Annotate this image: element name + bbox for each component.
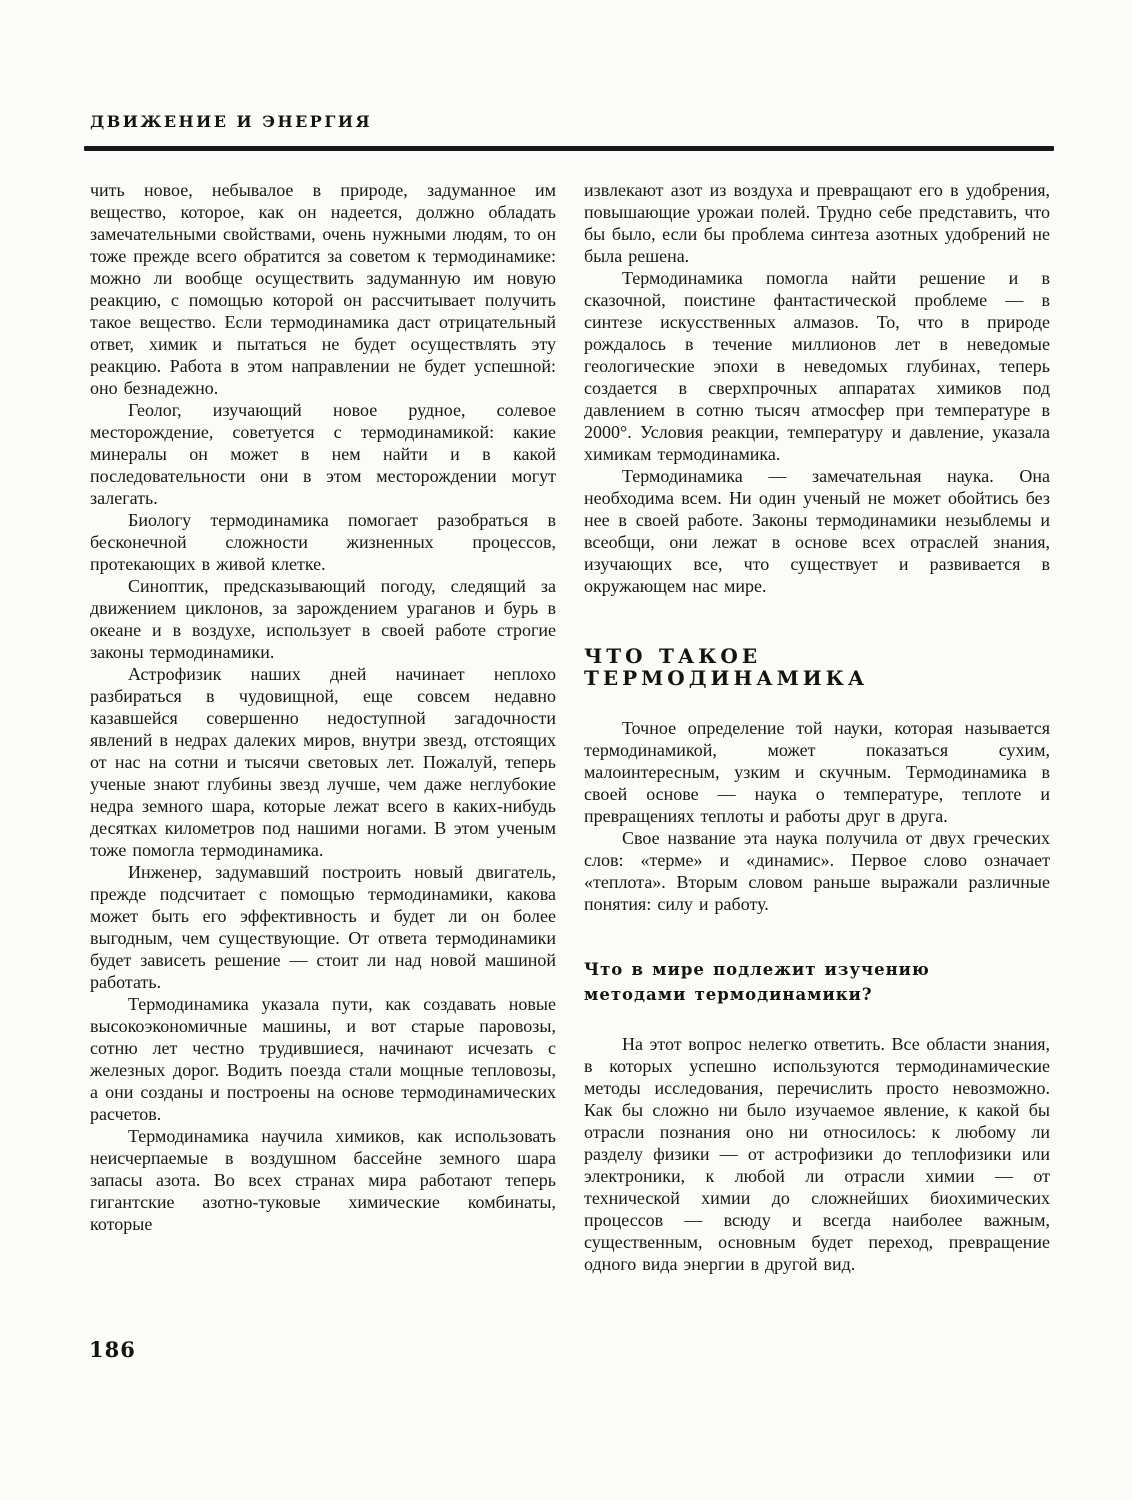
paragraph: На этот вопрос нелегко ответить. Все обл… <box>584 1033 1050 1275</box>
subsection-heading: Что в мире подлежит изучению методами те… <box>584 957 1050 1007</box>
subsection-heading-line2: методами термодинамики? <box>584 985 873 1004</box>
paragraph: Инженер, задумавший построить новый двиг… <box>90 861 556 993</box>
paragraph: Астрофизик наших дней начинает неплохо р… <box>90 663 556 861</box>
running-header: ДВИЖЕНИЕ И ЭНЕРГИЯ <box>90 112 372 131</box>
left-column: чить новое, небывалое в природе, задуман… <box>90 179 556 1275</box>
paragraph: Биологу термодинамика помогает разобрать… <box>90 509 556 575</box>
right-column-bottom-block: На этот вопрос нелегко ответить. Все обл… <box>584 1033 1050 1275</box>
paragraph: Точное определение той науки, которая на… <box>584 717 1050 827</box>
right-column-top-block: извлекают азот из воздуха и превращают е… <box>584 179 1050 597</box>
subsection-heading-line1: Что в мире подлежит изучению <box>584 960 930 979</box>
section-heading: ЧТО ТАКОЕ ТЕРМОДИНАМИКА <box>584 645 1050 689</box>
paragraph: извлекают азот из воздуха и превращают е… <box>584 179 1050 267</box>
book-page: ДВИЖЕНИЕ И ЭНЕРГИЯ чить новое, небывалое… <box>0 0 1132 1500</box>
right-column: извлекают азот из воздуха и превращают е… <box>584 179 1050 1275</box>
paragraph: Свое название эта наука получила от двух… <box>584 827 1050 915</box>
paragraph: Термодинамика указала пути, как создават… <box>90 993 556 1125</box>
page-number: 186 <box>89 1337 136 1362</box>
paragraph: Синоптик, предсказывающий погоду, следящ… <box>90 575 556 663</box>
text-columns: чить новое, небывалое в природе, задуман… <box>90 179 1050 1275</box>
paragraph: чить новое, небывалое в природе, задуман… <box>90 179 556 399</box>
paragraph: Геолог, изучающий новое рудное, солевое … <box>90 399 556 509</box>
paragraph: Термодинамика научила химиков, как испол… <box>90 1125 556 1235</box>
paragraph: Термодинамика помогла найти решение и в … <box>584 267 1050 465</box>
paragraph: Термодинамика — замечательная наука. Она… <box>584 465 1050 597</box>
header-rule <box>84 146 1054 151</box>
right-column-mid-block: Точное определение той науки, которая на… <box>584 717 1050 915</box>
